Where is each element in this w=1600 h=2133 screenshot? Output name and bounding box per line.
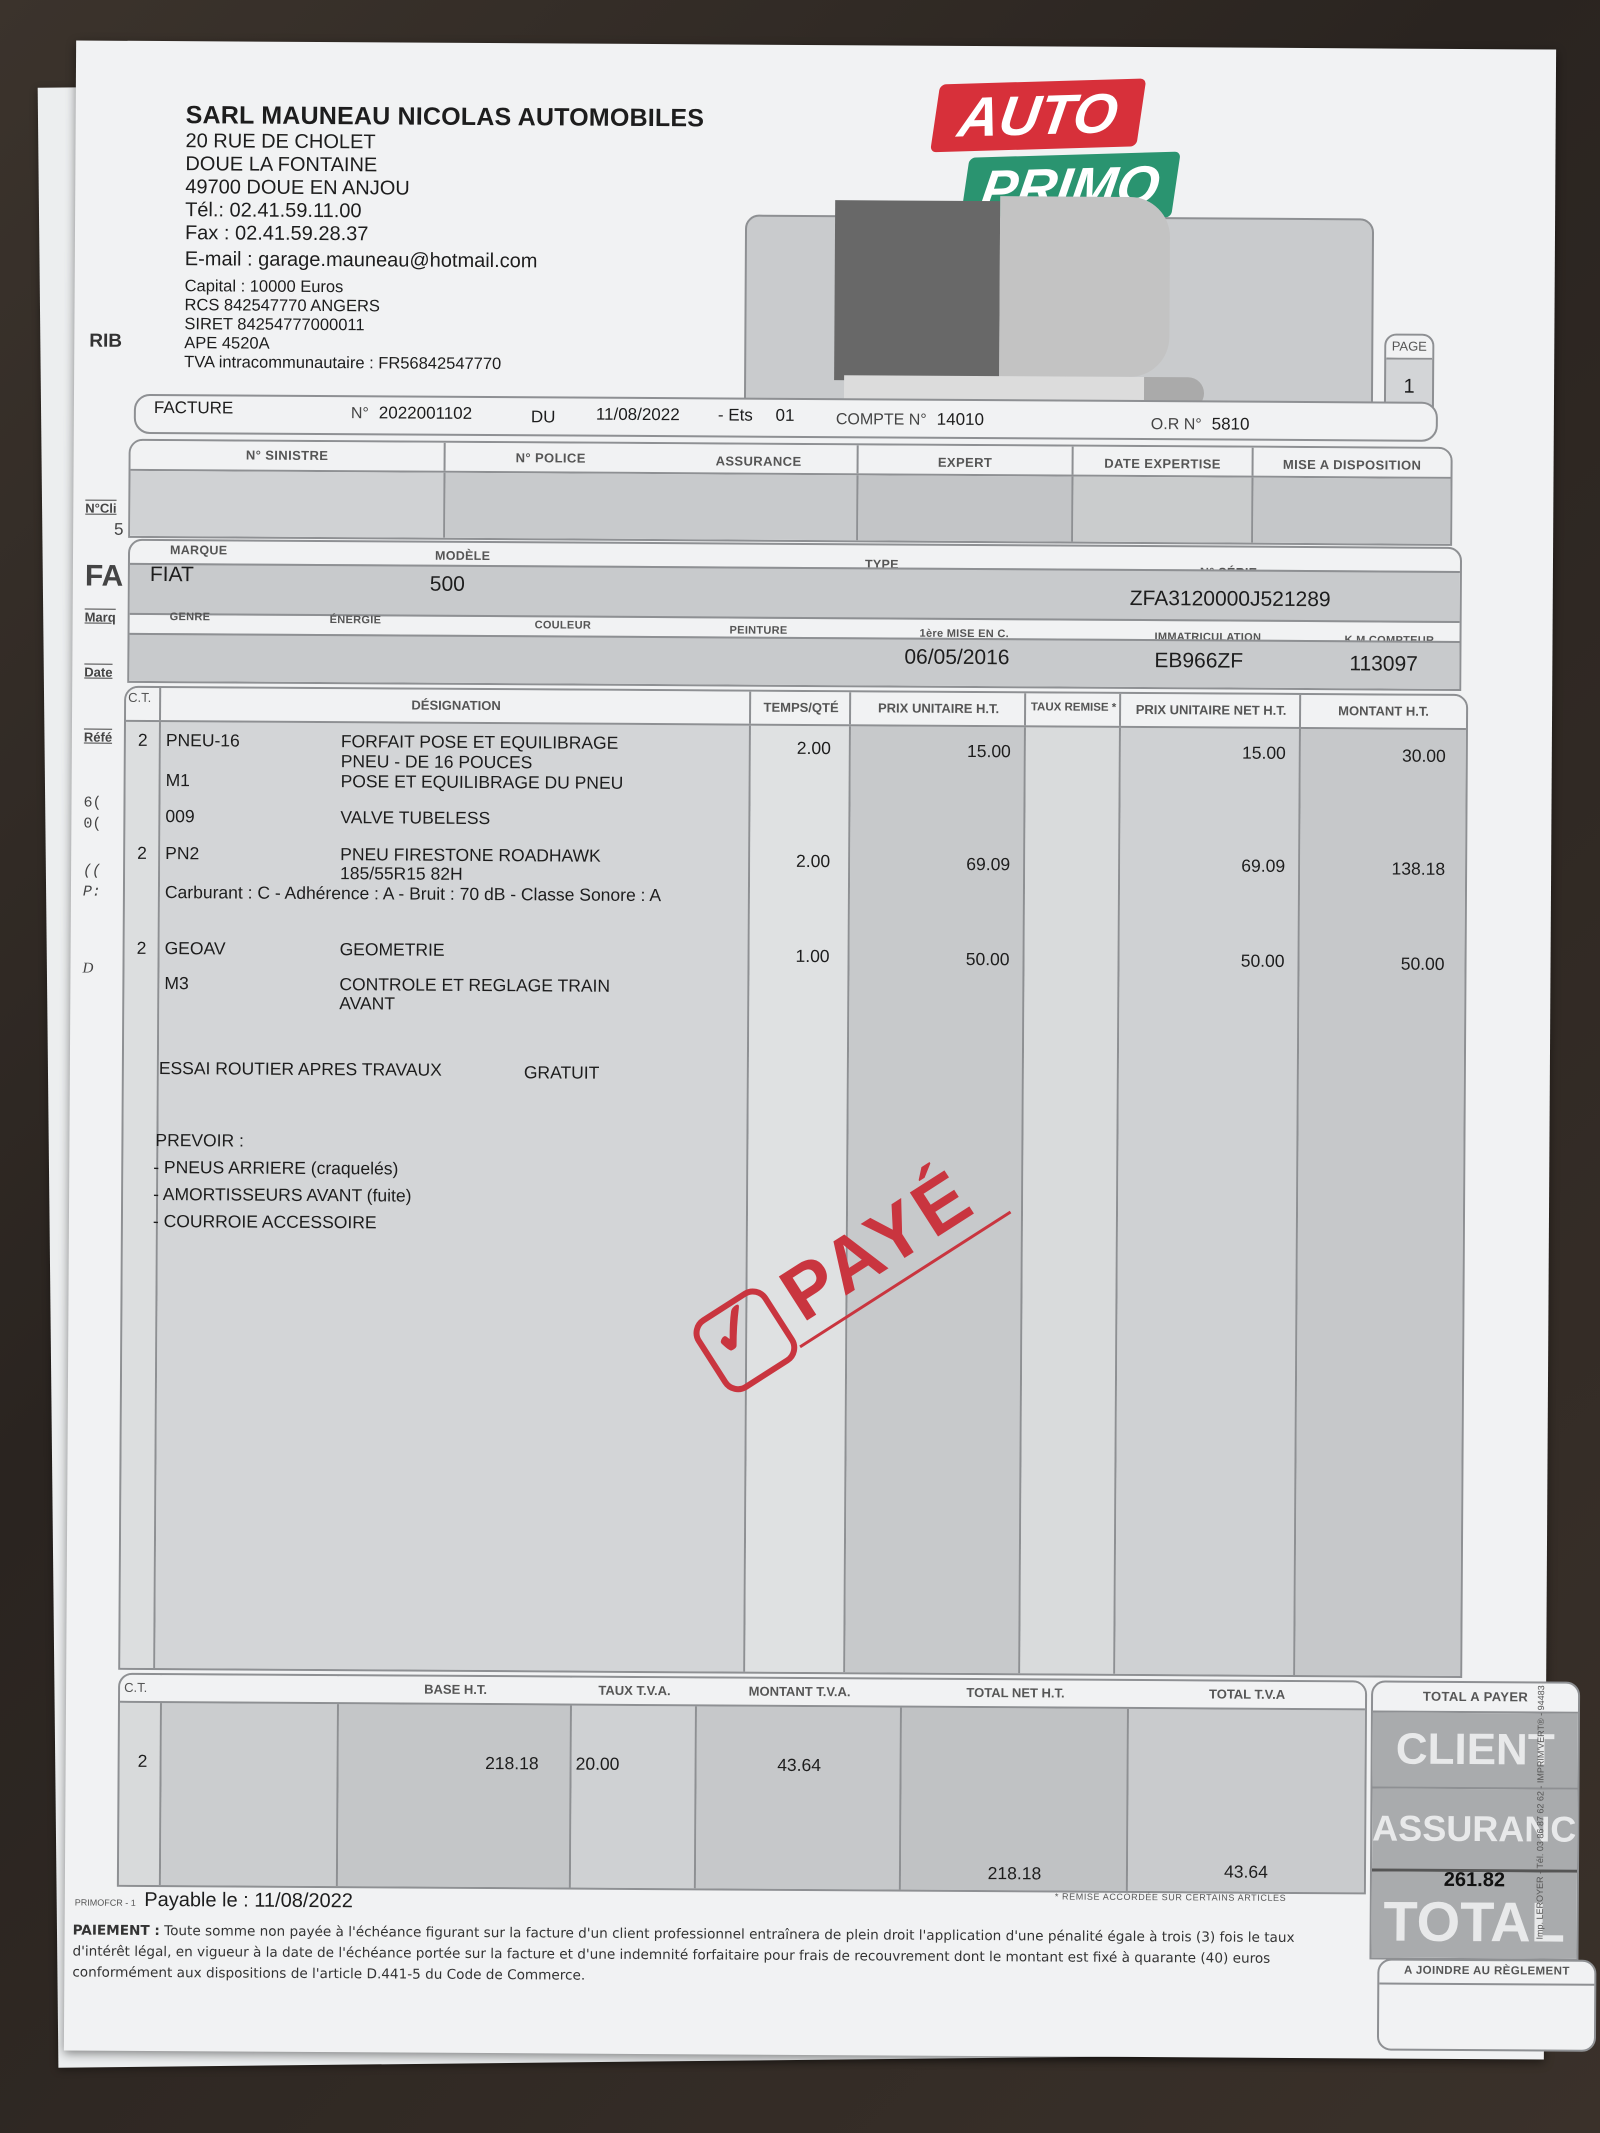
totals-base: 218.18 — [339, 1752, 539, 1774]
item-qty: 1.00 — [750, 946, 830, 967]
road-test-label: ESSAI ROUTIER APRES TRAVAUX — [159, 1058, 442, 1081]
total-to-pay-box: TOTAL A PAYER CLIENT ASSURANCE TOTAL 261… — [1369, 1680, 1580, 1960]
item-amount: 30.00 — [1301, 745, 1446, 767]
item-description: GEOMETRIE — [340, 939, 445, 961]
page-label: PAGE — [1386, 336, 1432, 360]
header-qty: TEMPS/QTÉ — [751, 700, 851, 716]
account-number: 14010 — [937, 410, 984, 429]
header-discount: TAUX REMISE * — [1026, 701, 1121, 714]
total-tva: 43.64 — [1128, 1861, 1364, 1883]
item-description: PNEU - DE 16 POUCES — [341, 751, 533, 773]
police-assurance-value — [445, 473, 858, 541]
total-amount: 261.82 — [1372, 1868, 1577, 1892]
line-items-table: C.T. DÉSIGNATION TEMPS/QTÉ PRIX UNITAIRE… — [118, 686, 1468, 1678]
company-name: SARL MAUNEAU NICOLAS AUTOMOBILES — [186, 101, 705, 133]
rib-label: RIB — [89, 331, 122, 353]
item-code: GEOAV — [165, 938, 226, 959]
invoice-number: 2022001102 — [379, 403, 472, 423]
header-assurance: ASSURANCE — [716, 453, 802, 469]
attach-to-payment-box: A JOINDRE AU RÈGLEMENT — [1377, 1958, 1597, 2051]
n-client-value: 5 — [85, 520, 123, 540]
company-tel: Tél.: 02.41.59.11.00 — [185, 199, 704, 225]
item-description: AVANT — [339, 993, 395, 1014]
totals-header-total-net: TOTAL NET H.T. — [902, 1685, 1129, 1701]
back-sheet-fragments: N°Cli 5 FA Marq Date Réfé 6( 0( (( P: D — [82, 501, 123, 982]
company-email: E-mail : garage.mauneau@hotmail.com — [185, 248, 704, 274]
invoice-sheet: RIB N°Cli 5 FA Marq Date Réfé 6( 0( (( P… — [64, 40, 1556, 2059]
immatriculation-value: EB966ZF — [1154, 649, 1243, 674]
item-qty: 2.00 — [750, 851, 830, 872]
item-code: PN2 — [165, 843, 199, 864]
mise-en-circulation-value: 06/05/2016 — [904, 646, 1009, 671]
or-number: 5810 — [1212, 414, 1250, 433]
marque-label: MARQUE — [170, 543, 227, 557]
item-net-unit-price: 15.00 — [1121, 742, 1286, 764]
printer-credit: Imp. LEROYER - Tél. 03 86 87 62 62 - IMP… — [1535, 1685, 1547, 1939]
attach-label: A JOINDRE AU RÈGLEMENT — [1379, 1960, 1594, 1985]
item-description: Carburant : C - Adhérence : A - Bruit : … — [165, 882, 661, 906]
item-net-unit-price: 50.00 — [1119, 950, 1284, 972]
totals-montant-tva: 43.64 — [697, 1754, 902, 1776]
totals-taux: 20.00 — [576, 1754, 620, 1775]
item-ct: 2 — [137, 843, 147, 864]
item-description: POSE ET EQUILIBRAGE DU PNEU — [341, 771, 624, 794]
page-value: 1 — [1386, 360, 1432, 399]
payable-date: Payable le : 11/08/2022 — [144, 1889, 353, 1912]
totals-header-ct: C.T. — [124, 1680, 147, 1695]
item-ct: 2 — [137, 938, 147, 959]
couleur-label: COULEUR — [535, 619, 592, 631]
item-unit-price: 15.00 — [851, 740, 1011, 762]
logo-auto: AUTO — [930, 78, 1146, 152]
sinistre-value — [130, 471, 445, 538]
item-code: PNEU-16 — [166, 730, 240, 751]
item-ct: 2 — [138, 730, 148, 751]
vehicle-info-table: MARQUE MODÈLE TYPE N° SÉRIE PUIS. FIAT 5… — [127, 539, 1462, 691]
marq-fragment: Marq — [85, 610, 123, 625]
totals-ct: 2 — [138, 1751, 148, 1772]
notes-line: - PNEUS ARRIERE (craquelés) — [153, 1157, 398, 1179]
remise-note: * REMISE ACCORDÉE SUR CERTAINS ARTICLES — [1055, 1892, 1287, 1903]
header-unit-price: PRIX UNITAIRE H.T. — [851, 700, 1026, 716]
invoice-date-label: DU — [531, 407, 556, 427]
redaction-block — [834, 200, 1000, 381]
modele-value: 500 — [430, 573, 465, 597]
account-label: COMPTE N° — [836, 411, 927, 429]
item-description: VALVE TUBELESS — [340, 807, 490, 829]
header-expert: EXPERT — [859, 445, 1074, 474]
item-code: M3 — [164, 973, 188, 994]
header-amount: MONTANT H.T. — [1301, 703, 1466, 719]
vat-totals-table: C.T. BASE H.T. TAUX T.V.A. MONTANT T.V.A… — [117, 1673, 1367, 1895]
notes-line: - COURROIE ACCESSOIRE — [153, 1211, 377, 1233]
item-net-unit-price: 69.09 — [1120, 855, 1285, 877]
payment-terms-label: PAIEMENT : — [73, 1923, 160, 1940]
company-address-1: 20 RUE DE CHOLET — [185, 130, 704, 156]
item-unit-price: 69.09 — [850, 853, 1010, 875]
assurance-section: ASSURANCE — [1372, 1788, 1578, 1872]
ets-label: - Ets — [718, 405, 753, 424]
item-code: M1 — [166, 770, 190, 791]
fa-fragment: FA — [85, 560, 124, 594]
company-address-3: 49700 DOUE EN ANJOU — [185, 176, 704, 202]
expert-value — [858, 475, 1073, 541]
ref-fragment: Réfé — [84, 730, 122, 745]
client-section: CLIENT — [1372, 1712, 1577, 1789]
frag-5: D — [82, 961, 120, 978]
date-fragment: Date — [84, 665, 122, 680]
claim-info-table: N° SINISTRE N° POLICE ASSURANCE EXPERT D… — [128, 439, 1453, 546]
totals-header-total-tva: TOTAL T.V.A — [1129, 1686, 1365, 1702]
notes-title: PREVOIR : — [155, 1130, 244, 1152]
item-amount: 138.18 — [1300, 858, 1445, 880]
company-header: SARL MAUNEAU NICOLAS AUTOMOBILES 20 RUE … — [184, 101, 704, 375]
header-police: N° POLICE — [516, 450, 586, 465]
header-ct: C.T. — [128, 690, 160, 705]
date-expertise-value — [1073, 477, 1253, 543]
genre-label: GENRE — [170, 611, 211, 623]
item-code: 009 — [165, 806, 194, 827]
form-ref: PRIMOFCR - 1 — [75, 1898, 136, 1908]
frag-1: 6( — [83, 795, 121, 812]
item-amount: 50.00 — [1299, 953, 1444, 975]
total-net-ht: 218.18 — [901, 1863, 1128, 1885]
modele-label: MODÈLE — [435, 549, 490, 563]
road-test-value: GRATUIT — [524, 1062, 600, 1083]
frag-2: 0( — [83, 816, 121, 833]
notes-line: - AMORTISSEURS AVANT (fuite) — [153, 1184, 411, 1207]
company-address-2: DOUE LA FONTAINE — [185, 153, 704, 179]
marque-value: FIAT — [150, 563, 194, 587]
payable-line: PRIMOFCR - 1 Payable le : 11/08/2022 — [75, 1889, 353, 1914]
km-value: 113097 — [1349, 652, 1418, 676]
payment-terms-text: Toute somme non payée à l'échéance figur… — [72, 1923, 1294, 1984]
totals-header-base: BASE H.T. — [339, 1681, 572, 1697]
total-to-pay-header: TOTAL A PAYER — [1373, 1682, 1578, 1713]
item-unit-price: 50.00 — [849, 948, 1009, 970]
frag-3: (( — [83, 863, 121, 880]
item-qty: 2.00 — [751, 738, 831, 759]
company-fax: Fax : 02.41.59.28.37 — [185, 222, 704, 248]
payment-terms: PAIEMENT : Toute somme non payée à l'éch… — [72, 1921, 1327, 1992]
ets-value: 01 — [776, 406, 795, 425]
company-tva: TVA intracommunautaire : FR56842547770 — [184, 353, 703, 375]
totals-header-taux: TAUX T.V.A. — [572, 1683, 697, 1699]
serie-value: ZFA3120000J521289 — [1130, 587, 1331, 612]
energie-label: ÉNERGIE — [330, 614, 382, 626]
invoice-date: 11/08/2022 — [596, 405, 680, 426]
invoice-info-bar: FACTURE N°2022001102 DU 11/08/2022 - Ets… — [134, 394, 1438, 442]
mise-disposition-value — [1253, 478, 1450, 544]
invoice-number-label: N° — [351, 405, 369, 422]
header-sinistre: N° SINISTRE — [131, 441, 446, 471]
frag-4: P: — [83, 884, 121, 901]
header-net-unit-price: PRIX UNITAIRE NET H.T. — [1121, 702, 1301, 718]
header-mise-disposition: MISE A DISPOSITION — [1254, 448, 1451, 477]
or-label: O.R N° — [1151, 416, 1202, 433]
n-client-label: N°Cli — [85, 501, 123, 516]
peinture-label: PEINTURE — [730, 625, 788, 637]
totals-header-montant-tva: MONTANT T.V.A. — [697, 1683, 902, 1699]
header-date-expertise: DATE EXPERTISE — [1074, 447, 1254, 476]
item-description: 185/55R15 82H — [340, 863, 463, 885]
invoice-title: FACTURE — [154, 398, 233, 418]
redaction-block — [999, 196, 1170, 377]
